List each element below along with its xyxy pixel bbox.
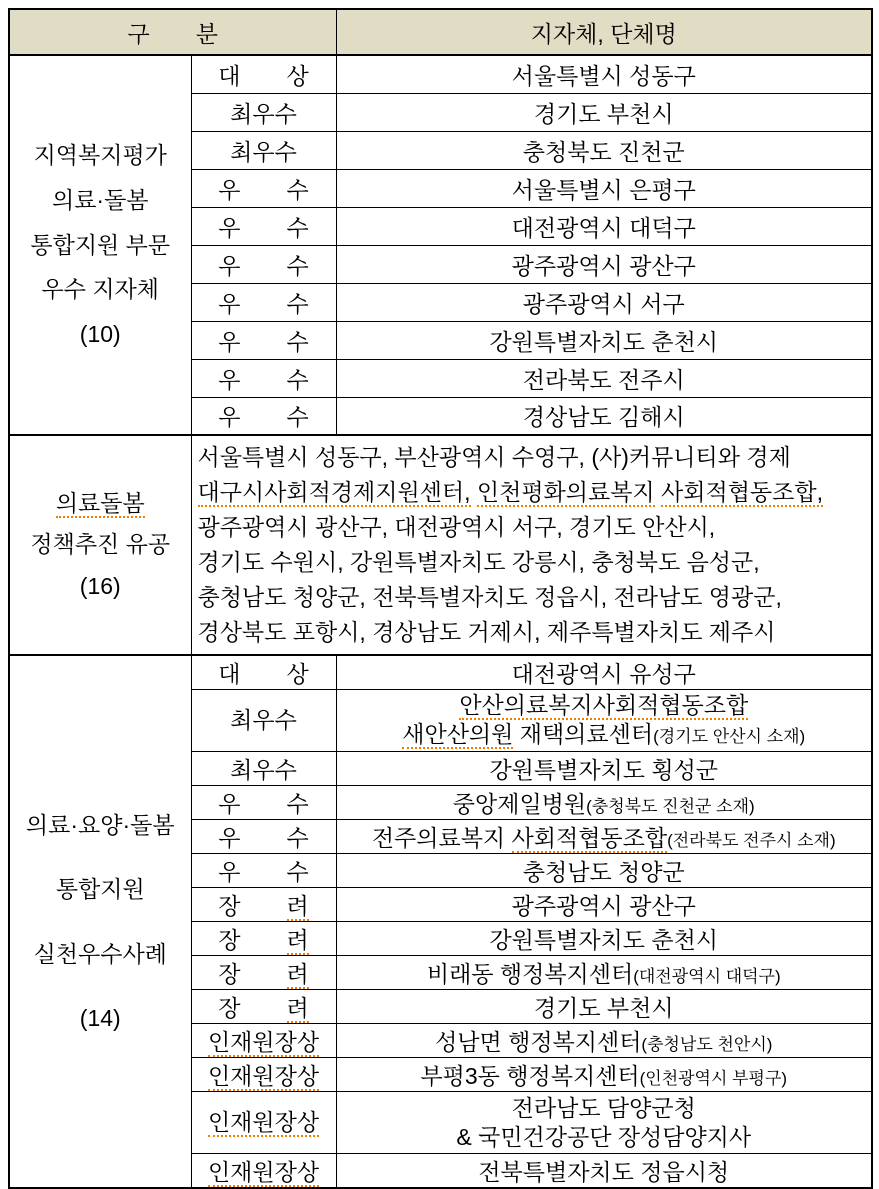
section-merit: 의료돌봄정책추진 유공(16) 서울특별시 성동구, 부산광역시 수영구, (사… <box>9 435 872 655</box>
rank-cell: 우 수 <box>191 786 336 820</box>
rank-cell: 우 수 <box>191 207 336 245</box>
rank-cell: 우 수 <box>191 397 336 435</box>
org-cell: 경기도 부천시 <box>336 990 872 1024</box>
table-row: 의료돌봄정책추진 유공(16) 서울특별시 성동구, 부산광역시 수영구, (사… <box>9 435 872 655</box>
org-cell: 강원특별자치도 춘천시 <box>336 922 872 956</box>
rank-cell: 우 수 <box>191 321 336 359</box>
rank-cell: 장 려 <box>191 990 336 1024</box>
org-cell: 대전광역시 대덕구 <box>336 207 872 245</box>
org-cell: 충청남도 청양군 <box>336 854 872 888</box>
rank-cell: 최우수 <box>191 93 336 131</box>
org-cell: 전북특별자치도 정읍시청 <box>336 1154 872 1189</box>
rank-cell: 우 수 <box>191 854 336 888</box>
rank-cell: 대 상 <box>191 55 336 93</box>
org-cell: 광주광역시 광산구 <box>336 888 872 922</box>
rank-cell: 대 상 <box>191 655 336 690</box>
rank-cell: 인재원장상 <box>191 1024 336 1058</box>
table-header: 구 분 지자체, 단체명 <box>9 9 872 55</box>
header-row: 구 분 지자체, 단체명 <box>9 9 872 55</box>
rank-cell: 우 수 <box>191 245 336 283</box>
org-cell: 전라남도 담양군청& 국민건강공단 장성담양지사 <box>336 1092 872 1154</box>
page: 구 분 지자체, 단체명 지역복지평가의료·돌봄통합지원 부문우수 지자체(10… <box>0 0 879 1177</box>
org-cell: 부평3동 행정복지센터(인천광역시 부평구) <box>336 1058 872 1092</box>
rank-cell: 우 수 <box>191 820 336 854</box>
rank-cell: 우 수 <box>191 169 336 207</box>
org-cell: 안산의료복지사회적협동조합새안산의원 재택의료센터(경기도 안산시 소재) <box>336 690 872 752</box>
org-cell: 성남면 행정복지센터(충청남도 천안시) <box>336 1024 872 1058</box>
org-cell: 충청북도 진천군 <box>336 131 872 169</box>
table-row: 지역복지평가의료·돌봄통합지원 부문우수 지자체(10) 대 상 서울특별시 성… <box>9 55 872 93</box>
org-cell: 광주광역시 광산구 <box>336 245 872 283</box>
rank-cell: 최우수 <box>191 690 336 752</box>
awards-table: 구 분 지자체, 단체명 지역복지평가의료·돌봄통합지원 부문우수 지자체(10… <box>8 8 873 1189</box>
org-cell: 비래동 행정복지센터(대전광역시 대덕구) <box>336 956 872 990</box>
header-name-cell: 지자체, 단체명 <box>336 9 872 55</box>
org-cell: 경기도 부천시 <box>336 93 872 131</box>
rank-cell: 장 려 <box>191 956 336 990</box>
section-practice: 의료·요양·돌봄통합지원실천우수사례(14) 대 상 대전광역시 유성구 최우수… <box>9 655 872 1188</box>
header-category-cell: 구 분 <box>9 9 336 55</box>
rank-cell: 최우수 <box>191 131 336 169</box>
org-cell: 강원특별자치도 횡성군 <box>336 752 872 786</box>
table-row: 의료·요양·돌봄통합지원실천우수사례(14) 대 상 대전광역시 유성구 <box>9 655 872 690</box>
section-evaluation: 지역복지평가의료·돌봄통합지원 부문우수 지자체(10) 대 상 서울특별시 성… <box>9 55 872 435</box>
org-cell: 전라북도 전주시 <box>336 359 872 397</box>
org-cell: 전주의료복지 사회적협동조합(전라북도 전주시 소재) <box>336 820 872 854</box>
merit-text-cell: 서울특별시 성동구, 부산광역시 수영구, (사)커뮤니티와 경제대구시사회적경… <box>191 435 872 655</box>
section-practice-label: 의료·요양·돌봄통합지원실천우수사례(14) <box>9 655 191 1188</box>
section-evaluation-label: 지역복지평가의료·돌봄통합지원 부문우수 지자체(10) <box>9 55 191 435</box>
org-cell: 중앙제일병원(충청북도 진천군 소재) <box>336 786 872 820</box>
rank-cell: 장 려 <box>191 922 336 956</box>
org-cell: 광주광역시 서구 <box>336 283 872 321</box>
rank-cell: 인재원장상 <box>191 1092 336 1154</box>
rank-cell: 장 려 <box>191 888 336 922</box>
org-cell: 서울특별시 성동구 <box>336 55 872 93</box>
org-cell: 강원특별자치도 춘천시 <box>336 321 872 359</box>
rank-cell: 인재원장상 <box>191 1154 336 1189</box>
section-merit-label: 의료돌봄정책추진 유공(16) <box>9 435 191 655</box>
rank-cell: 최우수 <box>191 752 336 786</box>
org-cell: 대전광역시 유성구 <box>336 655 872 690</box>
org-cell: 서울특별시 은평구 <box>336 169 872 207</box>
rank-cell: 우 수 <box>191 283 336 321</box>
rank-cell: 우 수 <box>191 359 336 397</box>
rank-cell: 인재원장상 <box>191 1058 336 1092</box>
org-cell: 경상남도 김해시 <box>336 397 872 435</box>
